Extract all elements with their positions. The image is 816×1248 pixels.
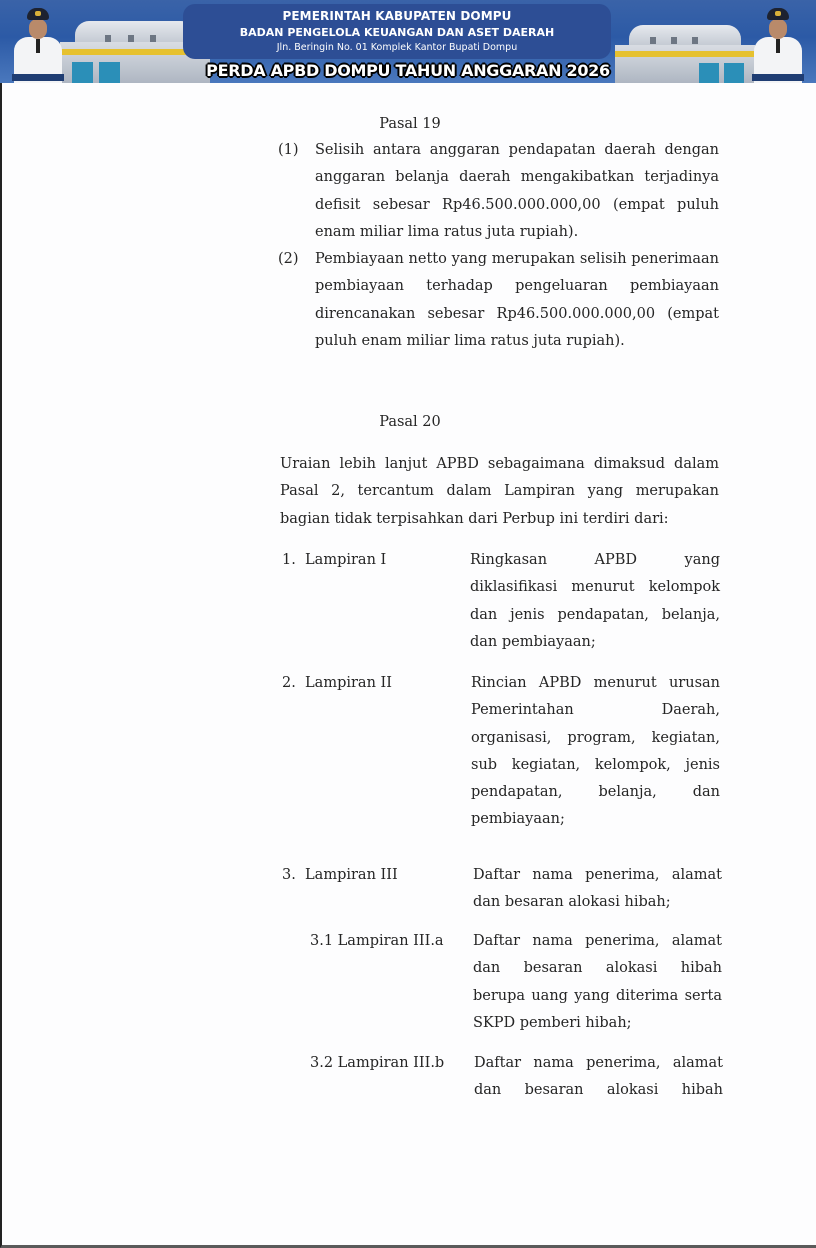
lampiran-label: 3.1 Lampiran III.a [310,928,444,955]
pasal-20-heading: Pasal 20 [2,409,816,436]
paragraph-text: Pembiayaan netto yang merupakan selisih … [315,246,719,355]
banner-info-panel: PEMERINTAH KABUPATEN DOMPU BADAN PENGELO… [183,4,611,59]
lampiran-label: 3. Lampiran III [282,862,398,889]
banner-title: PERDA APBD DOMPU TAHUN ANGGARAN 2026 [0,61,816,80]
pasal-19-paragraph-1: (1) Selisih antara anggaran pendapatan d… [278,137,719,246]
document-page: Pasal 19 (1) Selisih antara anggaran pen… [0,83,816,1248]
pasal-19-paragraph-2: (2) Pembiayaan netto yang merupakan seli… [278,246,719,355]
header-banner: PEMERINTAH KABUPATEN DOMPU BADAN PENGELO… [0,0,816,83]
paragraph-number: (2) [278,246,299,273]
lampiran-label: 2. Lampiran II [282,670,392,697]
pasal-19-heading: Pasal 19 [2,111,816,138]
banner-agency-name: BADAN PENGELOLA KEUANGAN DAN ASET DAERAH [183,26,611,39]
lampiran-description: Ringkasan APBD yang diklasifikasi menuru… [470,547,720,656]
paragraph-text: Selisih antara anggaran pendapatan daera… [315,137,719,246]
lampiran-description: Rincian APBD menurut urusan Pemerintahan… [471,670,720,834]
lampiran-description: Daftar nama penerima, alamat dan besaran… [473,862,722,917]
lampiran-label: 1. Lampiran I [282,547,386,574]
lampiran-description: Daftar nama penerima, alamat dan besaran… [474,1050,723,1105]
pasal-20-intro: Uraian lebih lanjut APBD sebagaimana dim… [280,451,719,533]
lampiran-description: Daftar nama penerima, alamat dan besaran… [473,928,722,1037]
banner-address: Jln. Beringin No. 01 Komplek Kantor Bupa… [183,42,611,53]
lampiran-label: 3.2 Lampiran III.b [310,1050,444,1077]
banner-government-name: PEMERINTAH KABUPATEN DOMPU [183,9,611,23]
paragraph-number: (1) [278,137,299,164]
